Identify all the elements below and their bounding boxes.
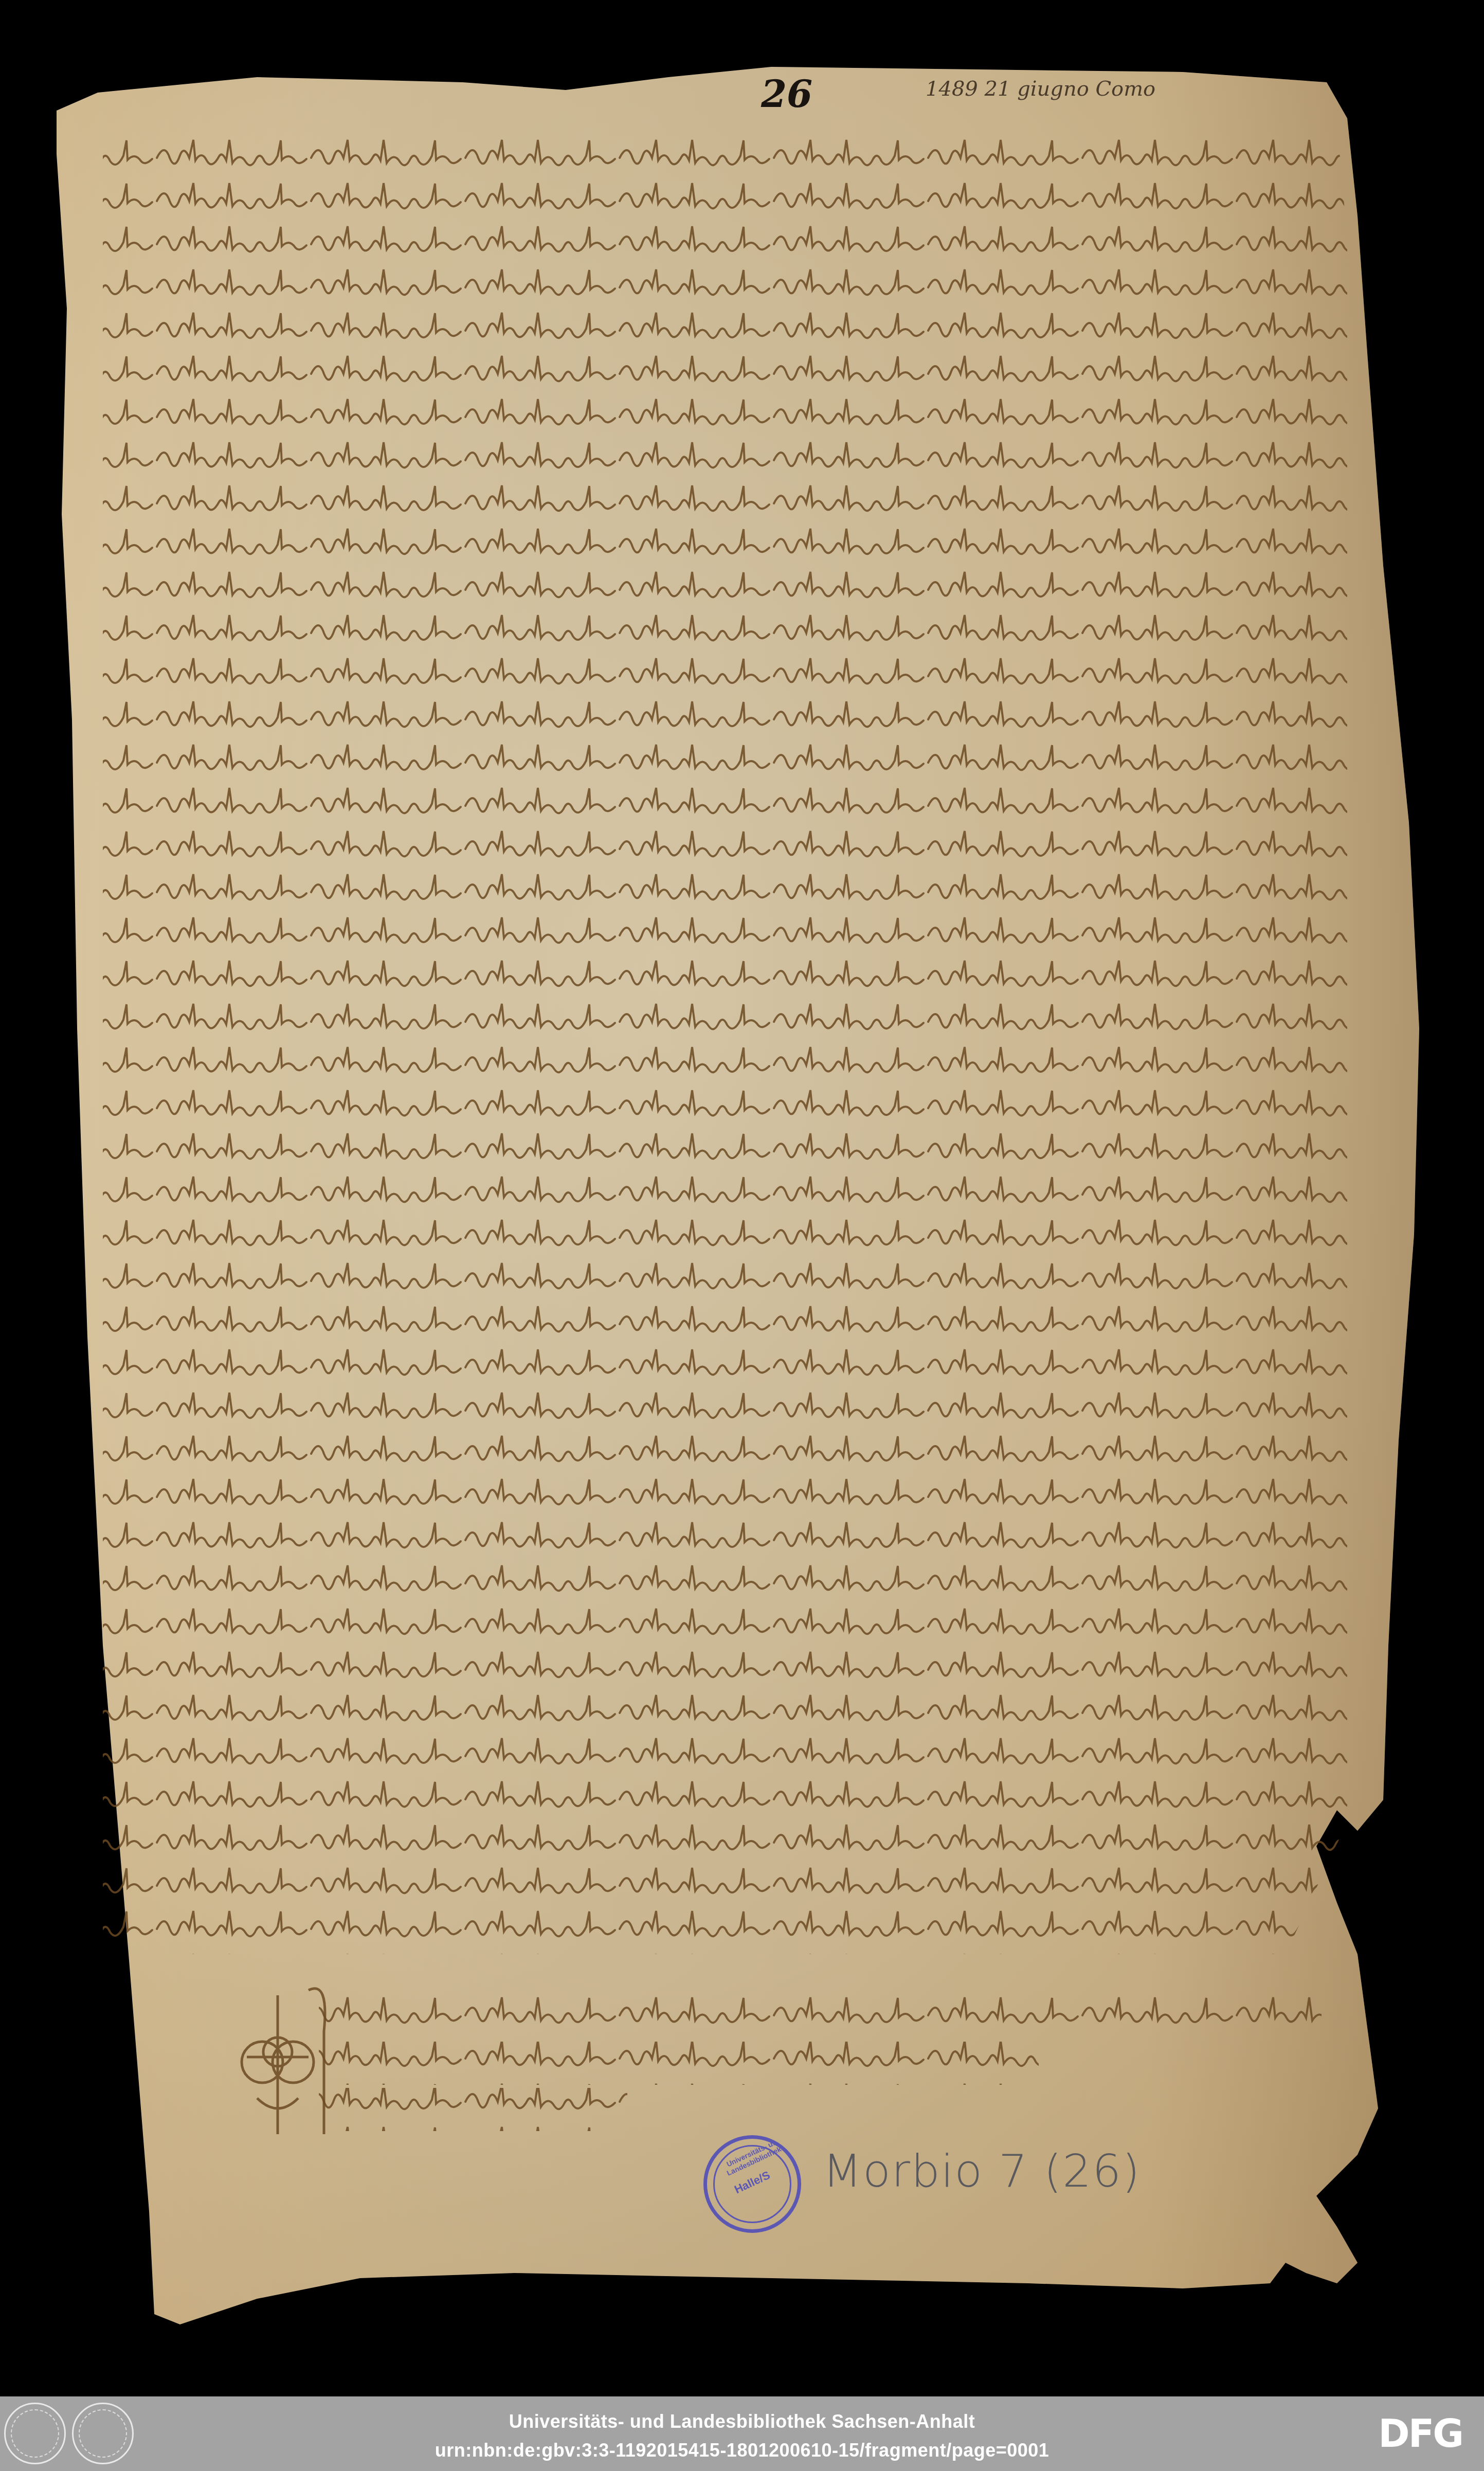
parchment-leaf [0, 0, 1484, 2396]
manuscript-scan: 26 1489 21 giugno Como Universitäts- u. … [0, 0, 1484, 2396]
urn-link[interactable]: urn:nbn:de:gbv:3:3-1192015415-1801200610… [0, 2440, 1484, 2461]
folio-number: 26 [761, 72, 812, 116]
library-stamp: Universitäts- u. Landesbibliothek Halle/… [703, 2135, 801, 2233]
dfg-logo-icon: DFG [1378, 2415, 1462, 2453]
archival-note: 1489 21 giugno Como [926, 77, 1155, 101]
viewer-footer: Universitäts- und Landesbibliothek Sachs… [0, 2396, 1484, 2471]
institution-name: Universitäts- und Landesbibliothek Sachs… [0, 2411, 1484, 2432]
shelfmark: Morbio 7 (26) [823, 2144, 1141, 2197]
